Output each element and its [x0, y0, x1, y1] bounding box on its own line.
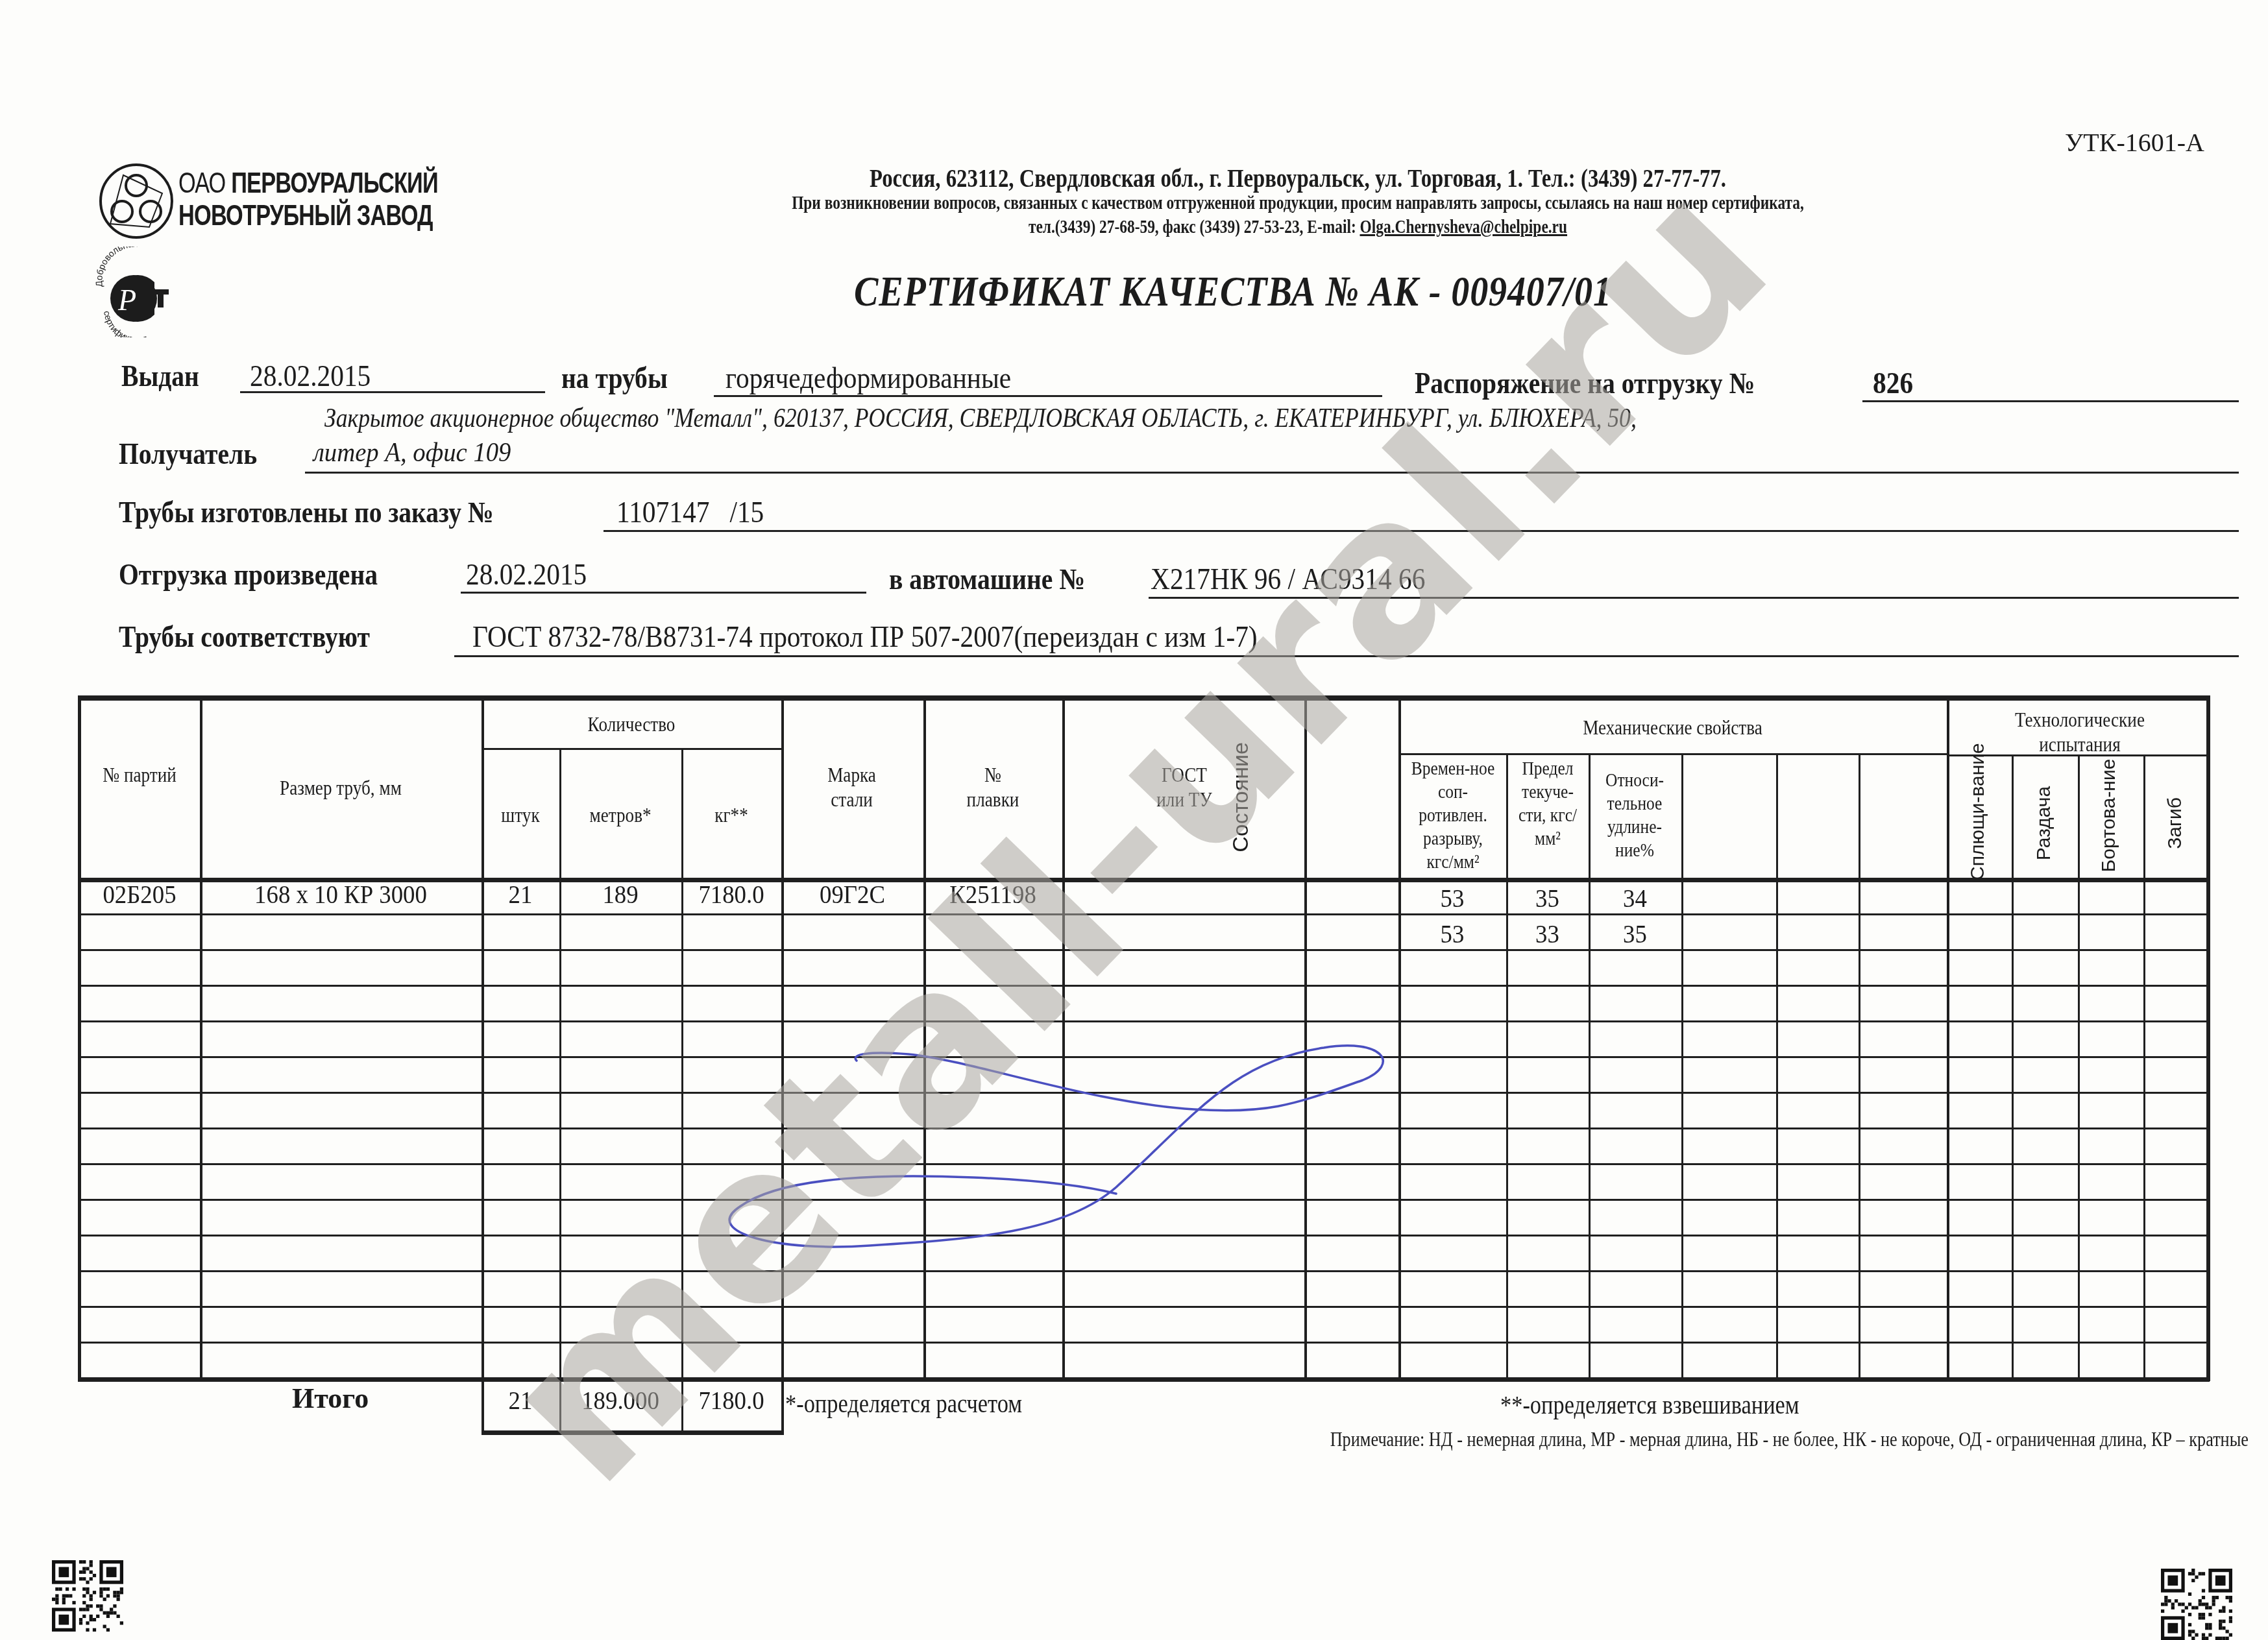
grid-line	[2206, 695, 2210, 1381]
abbreviation-note: Примечание: НД - немерная длина, МР - ме…	[1330, 1427, 2249, 1451]
header-yield: Предел текуче-сти, кгс/мм²	[1513, 757, 1581, 850]
header-pcs: штук	[487, 802, 554, 827]
total-kg: 7180.0	[685, 1385, 777, 1416]
grid-line	[78, 1342, 2210, 1344]
cell-tensile: 53	[1403, 919, 1502, 949]
cell-elong: 35	[1592, 919, 1678, 949]
cell-heat: К251198	[929, 879, 1057, 910]
grid-line	[78, 695, 2210, 701]
grid-line	[1859, 754, 1860, 1377]
footnote-weigh: **-определяется взвешиванием	[1500, 1390, 1799, 1420]
grid-line	[1506, 754, 1508, 1377]
cell-kg: 7180.0	[685, 879, 777, 910]
grid-line	[78, 1270, 2210, 1272]
cell-steel: 09Г2С	[787, 879, 918, 910]
signature	[701, 1025, 1506, 1259]
grid-line	[482, 1377, 484, 1432]
header-tensile: Времен-ное соп-ротивлен. разрыву, кгс/мм…	[1409, 757, 1496, 874]
cell-batch: 02Б205	[84, 879, 195, 910]
grid-line	[781, 1377, 784, 1432]
grid-line	[482, 695, 484, 1377]
grid-line	[559, 1377, 561, 1432]
header-gost: ГОСТ или ТУ	[1149, 762, 1221, 812]
qr-code-icon	[52, 1560, 123, 1632]
grid-line	[78, 985, 2210, 987]
header-expand: Раздача	[2032, 758, 2056, 888]
grid-line	[559, 748, 561, 1377]
grid-line	[200, 695, 202, 1377]
grid-line	[1398, 753, 1947, 755]
grid-line	[78, 695, 81, 1377]
header-tech: Технологические испытания	[1989, 707, 2171, 756]
total-pcs: 21	[485, 1385, 556, 1416]
grid-line	[2078, 754, 2080, 1377]
grid-line	[1589, 754, 1591, 1377]
grid-line	[78, 1020, 2210, 1022]
grid-line	[78, 1377, 2210, 1382]
grid-line	[1776, 754, 1778, 1377]
grid-line	[78, 1306, 2210, 1308]
cell-tensile: 53	[1403, 883, 1502, 913]
header-heat: № плавки	[960, 762, 1026, 812]
cell-pcs: 21	[485, 879, 556, 910]
header-meters: метров*	[568, 802, 672, 827]
grid-line	[482, 1430, 784, 1435]
header-bend: Загиб	[2163, 758, 2188, 888]
cell-yield: 35	[1509, 883, 1585, 913]
header-batch: № партий	[88, 762, 191, 787]
grid-line	[78, 913, 2210, 915]
header-quantity: Количество	[504, 712, 759, 736]
grid-line	[1947, 695, 1949, 1377]
cell-yield: 33	[1509, 919, 1585, 949]
header-kg: кг**	[689, 802, 774, 827]
header-flatten: Сплющи-вание	[1967, 751, 1989, 880]
header-mech: Механические свойства	[1439, 715, 1905, 740]
header-flange: Бортова-ние	[2098, 751, 2120, 880]
cell-size: 168 x 10 КР 3000	[211, 879, 470, 910]
cell-elong: 34	[1592, 883, 1678, 913]
total-meters: 189.000	[565, 1385, 677, 1416]
grid-line	[1681, 754, 1683, 1377]
qr-code-icon	[2161, 1569, 2232, 1640]
grid-line	[2012, 754, 2014, 1377]
header-state: Состояние	[1228, 687, 1253, 908]
header-size: Размер труб, мм	[221, 775, 461, 800]
footnote-calc: *-определяется расчетом	[785, 1388, 1022, 1419]
header-steel: Марка стали	[820, 762, 884, 812]
grid-line	[78, 949, 2210, 951]
grid-line	[681, 1377, 683, 1432]
cell-meters: 189	[565, 879, 677, 910]
header-elong: Относи-тельное удлине-ние%	[1596, 769, 1672, 862]
grid-line	[2143, 754, 2145, 1377]
grid-line	[681, 748, 683, 1377]
total-label: Итого	[292, 1382, 369, 1415]
grid-line	[482, 748, 781, 750]
